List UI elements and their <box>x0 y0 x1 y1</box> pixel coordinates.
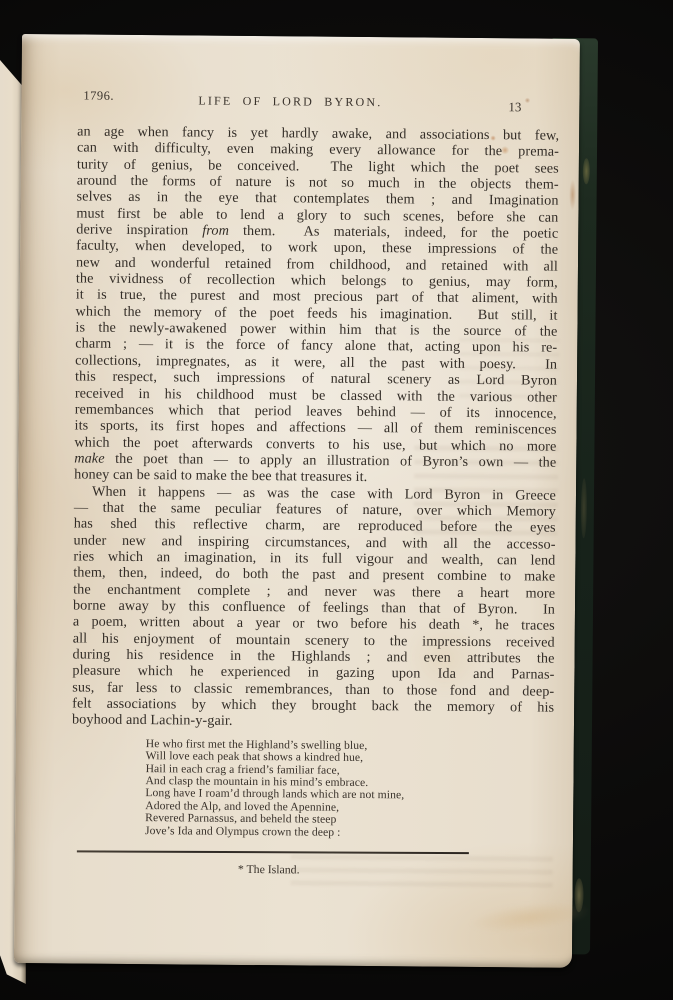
italic-text: from <box>202 223 229 239</box>
book-photograph: { "colors":{ "background":"#0d0d0d", "pa… <box>0 0 673 1000</box>
footnote-rule <box>77 850 469 854</box>
poem: He who first met the Highland’s swelling… <box>145 738 554 841</box>
foxing-stain <box>566 167 578 223</box>
page-content: 1796. LIFE OF LORD BYRON. 13 an age when… <box>70 34 560 967</box>
page-header: 1796. LIFE OF LORD BYRON. 13 <box>77 90 559 114</box>
poem-line: Jove’s Ida and Olympus crown the deep : <box>145 825 553 841</box>
cover-wear-spot <box>581 478 588 538</box>
header-title: LIFE OF LORD BYRON. <box>198 94 382 111</box>
cover-wear-spot <box>574 878 583 912</box>
body-text: an age when fancy is yet hardly awake, a… <box>72 123 559 732</box>
paragraph: When it happens — as was the case with L… <box>72 483 556 732</box>
book-page: 1796. LIFE OF LORD BYRON. 13 an age when… <box>14 34 580 968</box>
italic-text: make <box>74 450 104 466</box>
paragraph: an age when fancy is yet hardly awake, a… <box>74 123 559 487</box>
header-page-number: 13 <box>394 98 559 115</box>
cover-wear-spot <box>583 158 590 184</box>
footnote: * The Island. <box>71 860 553 879</box>
header-date: 1796. <box>77 88 210 104</box>
